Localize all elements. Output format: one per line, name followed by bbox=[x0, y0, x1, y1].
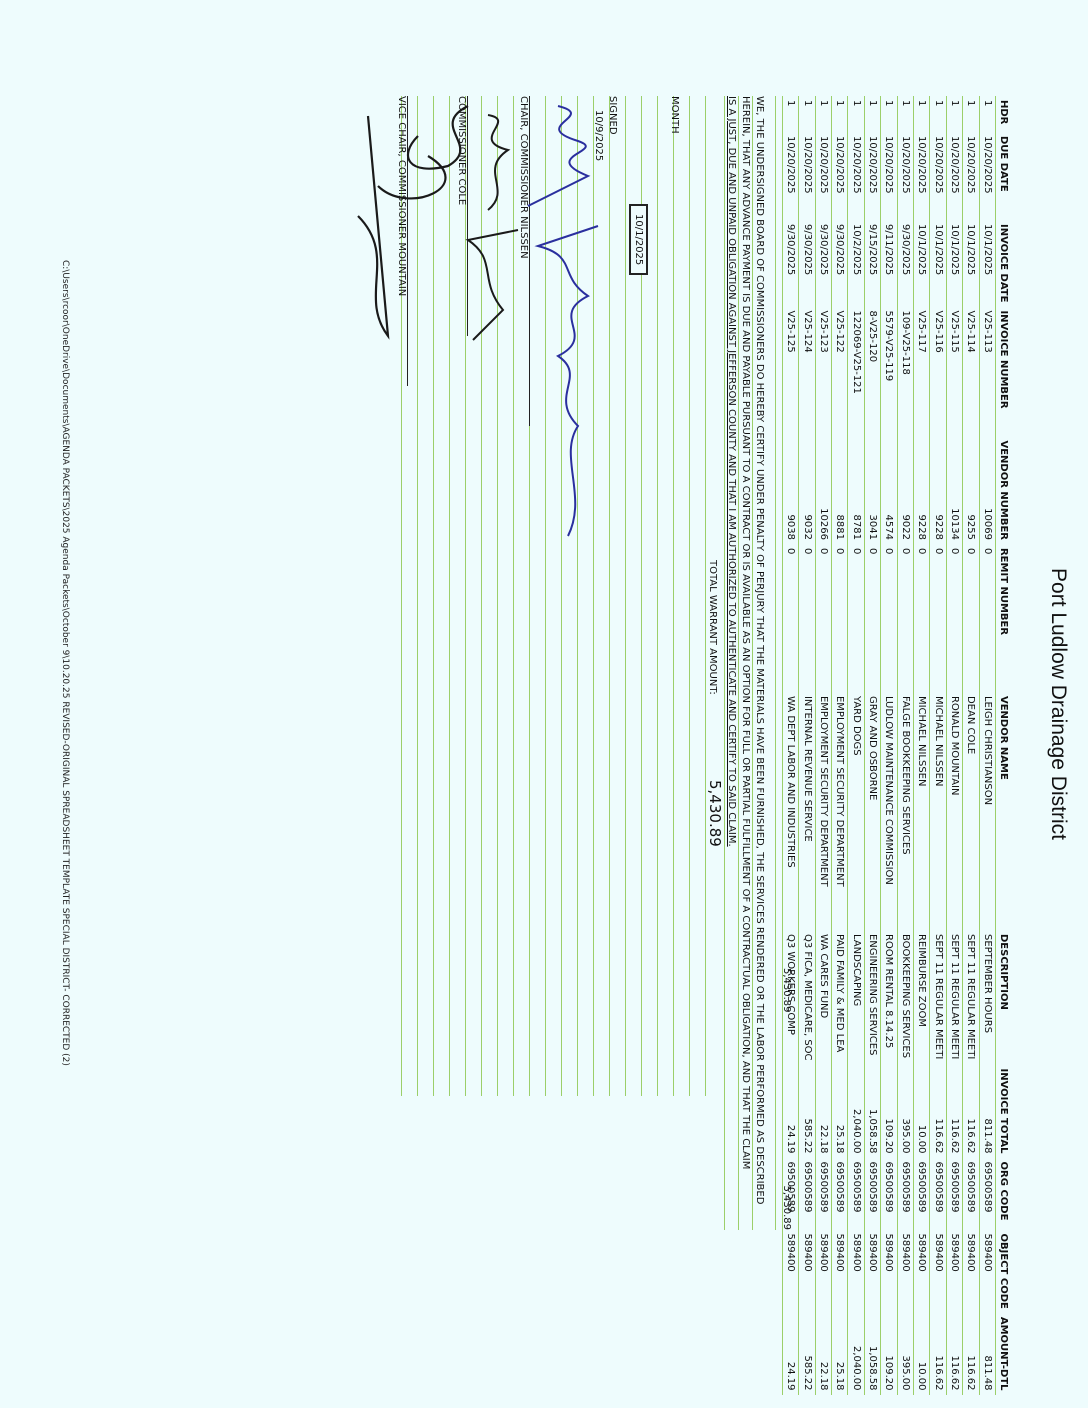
cell-remit: 0 bbox=[832, 544, 848, 692]
month-label: MONTH bbox=[669, 96, 680, 134]
cell-desc: SEPTEMBER HOURS bbox=[979, 930, 995, 1065]
cell-org: 69500589 bbox=[897, 1158, 913, 1230]
cell-vname: EMPLOYMENT SECURITY DEPARTMENT bbox=[832, 692, 848, 930]
cell-desc: Q3 FICA, MEDICARE, SOC bbox=[799, 930, 815, 1065]
cell-inum: V25-123 bbox=[815, 306, 831, 436]
cell-total: 25.18 bbox=[832, 1065, 848, 1158]
table-body: 110/20/202510/1/2025V25-113100690LEIGH C… bbox=[782, 96, 995, 1395]
cell-inum: V25-114 bbox=[963, 306, 979, 436]
cell-vname: LUDLOW MAINTENANCE COMMISSION bbox=[881, 692, 897, 930]
cell-obj: 589400 bbox=[782, 1230, 798, 1313]
cell-amt: 1,058.58 bbox=[864, 1313, 880, 1395]
col-vendor-name: VENDOR NAME bbox=[996, 692, 1013, 930]
cert-line: HEREIN, THAT ANY ADVANCE PAYMENT IS DUE … bbox=[738, 96, 752, 1230]
cell-vname: INTERNAL REVENUE SERVICE bbox=[799, 692, 815, 930]
cell-vname: LEIGH CHRISTIANSON bbox=[979, 692, 995, 930]
cell-total: 22.18 bbox=[815, 1065, 831, 1158]
cell-idate: 9/11/2025 bbox=[881, 220, 897, 306]
cell-total: 116.62 bbox=[946, 1065, 962, 1158]
cell-total: 585.22 bbox=[799, 1065, 815, 1158]
cell-inum: V25-115 bbox=[946, 306, 962, 436]
cell-idate: 9/15/2025 bbox=[864, 220, 880, 306]
cell-org: 69500589 bbox=[930, 1158, 946, 1230]
cell-org: 69500589 bbox=[848, 1158, 864, 1230]
table-row: 110/20/20259/11/20255579-V25-11945740LUD… bbox=[881, 96, 897, 1395]
cell-hdr: 1 bbox=[864, 96, 880, 132]
cell-idate: 10/1/2025 bbox=[963, 220, 979, 306]
cell-vnum: 9032 bbox=[799, 436, 815, 544]
cell-idate: 10/1/2025 bbox=[914, 220, 930, 306]
cell-due: 10/20/2025 bbox=[930, 132, 946, 220]
cell-vname: MICHAEL NILSSEN bbox=[930, 692, 946, 930]
cell-due: 10/20/2025 bbox=[963, 132, 979, 220]
table-row: 110/20/20259/30/2025V25-123102660EMPLOYM… bbox=[815, 96, 831, 1395]
cell-vnum: 3041 bbox=[864, 436, 880, 544]
warrant-amount: 5,430.89 bbox=[706, 780, 724, 847]
cell-inum: 122069-V25-121 bbox=[848, 306, 864, 436]
table-row: 110/20/202510/1/2025V25-11492550DEAN COL… bbox=[963, 96, 979, 1395]
cell-remit: 0 bbox=[963, 544, 979, 692]
cell-remit: 0 bbox=[946, 544, 962, 692]
amount-dtl-sum: 5,430.89 bbox=[781, 1185, 792, 1230]
cell-total: 1,058.58 bbox=[864, 1065, 880, 1158]
signature-mountain bbox=[348, 96, 488, 356]
cell-org: 69500589 bbox=[864, 1158, 880, 1230]
col-vendor-number: VENDOR NUMBER bbox=[996, 436, 1013, 544]
cell-idate: 9/30/2025 bbox=[897, 220, 913, 306]
cell-obj: 589400 bbox=[979, 1230, 995, 1313]
cell-org: 69500589 bbox=[963, 1158, 979, 1230]
cell-obj: 589400 bbox=[881, 1230, 897, 1313]
totals-row: 5,430.89 5,430.89 bbox=[775, 96, 792, 1230]
cell-due: 10/20/2025 bbox=[946, 132, 962, 220]
col-due-date: DUE DATE bbox=[996, 132, 1013, 220]
cell-vnum: 9228 bbox=[930, 436, 946, 544]
cell-desc: ENGINEERING SERVICES bbox=[864, 930, 880, 1065]
table-row: 110/20/202510/1/2025V25-115101340RONALD … bbox=[946, 96, 962, 1395]
col-invoice-total: INVOICE TOTAL bbox=[996, 1065, 1013, 1158]
cell-amt: 2,040.00 bbox=[848, 1313, 864, 1395]
cell-remit: 0 bbox=[815, 544, 831, 692]
cell-due: 10/20/2025 bbox=[881, 132, 897, 220]
cell-due: 10/20/2025 bbox=[815, 132, 831, 220]
cell-inum: 5579-V25-119 bbox=[881, 306, 897, 436]
col-object-code: OBJECT CODE bbox=[996, 1230, 1013, 1313]
col-amount-dtl: AMOUNT-DTL bbox=[996, 1313, 1013, 1395]
cell-vnum: 9022 bbox=[897, 436, 913, 544]
cell-desc: BOOKKEEPING SERVICES bbox=[897, 930, 913, 1065]
cell-inum: V25-122 bbox=[832, 306, 848, 436]
cell-amt: 116.62 bbox=[963, 1313, 979, 1395]
cell-total: 811.48 bbox=[979, 1065, 995, 1158]
cert-line: IS A JUST, DUE AND UNPAID OBLIGATION AGA… bbox=[724, 96, 738, 1230]
col-invoice-number: INVOICE NUMBER bbox=[996, 306, 1013, 436]
cell-vname: EMPLOYMENT SECURITY DEPARTMENT bbox=[815, 692, 831, 930]
cell-inum: 109-V25-118 bbox=[897, 306, 913, 436]
cell-total: 109.20 bbox=[881, 1065, 897, 1158]
cell-due: 10/20/2025 bbox=[848, 132, 864, 220]
cell-due: 10/20/2025 bbox=[914, 132, 930, 220]
cell-total: 2,040.00 bbox=[848, 1065, 864, 1158]
cell-obj: 589400 bbox=[946, 1230, 962, 1313]
cell-org: 69500589 bbox=[979, 1158, 995, 1230]
cell-obj: 589400 bbox=[914, 1230, 930, 1313]
cell-idate: 9/30/2025 bbox=[832, 220, 848, 306]
cell-vnum: 10134 bbox=[946, 436, 962, 544]
cell-remit: 0 bbox=[799, 544, 815, 692]
cell-total: 10.00 bbox=[914, 1065, 930, 1158]
cell-hdr: 1 bbox=[848, 96, 864, 132]
cell-desc: SEPT 11 REGULAR MEETI bbox=[946, 930, 962, 1065]
cell-idate: 10/1/2025 bbox=[946, 220, 962, 306]
cell-due: 10/20/2025 bbox=[799, 132, 815, 220]
table-row: 110/20/20259/15/20258-V25-12030410GRAY A… bbox=[864, 96, 880, 1395]
cell-inum: 8-V25-120 bbox=[864, 306, 880, 436]
cell-vname: RONALD MOUNTAIN bbox=[946, 692, 962, 930]
cell-amt: 395.00 bbox=[897, 1313, 913, 1395]
cell-remit: 0 bbox=[930, 544, 946, 692]
cell-org: 69500589 bbox=[881, 1158, 897, 1230]
cell-org: 69500589 bbox=[799, 1158, 815, 1230]
cell-inum: V25-116 bbox=[930, 306, 946, 436]
table-row: 110/20/20259/30/2025109-V25-11890220FALG… bbox=[897, 96, 913, 1395]
cell-org: 69500589 bbox=[815, 1158, 831, 1230]
cell-remit: 0 bbox=[881, 544, 897, 692]
cell-inum: V25-113 bbox=[979, 306, 995, 436]
cell-obj: 589400 bbox=[848, 1230, 864, 1313]
cell-desc: REIMBURSE ZOOM bbox=[914, 930, 930, 1065]
cell-inum: V25-117 bbox=[914, 306, 930, 436]
cell-desc: SEPT 11 REGULAR MEETI bbox=[963, 930, 979, 1065]
cell-amt: 24.19 bbox=[782, 1313, 798, 1395]
cell-obj: 589400 bbox=[832, 1230, 848, 1313]
cell-inum: V25-124 bbox=[799, 306, 815, 436]
cell-vnum: 9228 bbox=[914, 436, 930, 544]
file-path-footer: C:\Users\rcoor\OneDrive\Documents\AGENDA… bbox=[60, 260, 70, 1066]
cell-org: 69500589 bbox=[914, 1158, 930, 1230]
cell-vnum: 10069 bbox=[979, 436, 995, 544]
cell-obj: 589400 bbox=[897, 1230, 913, 1313]
cell-hdr: 1 bbox=[979, 96, 995, 132]
cell-amt: 116.62 bbox=[930, 1313, 946, 1395]
table-row: 110/20/202510/1/2025V25-11692280MICHAEL … bbox=[930, 96, 946, 1395]
cell-idate: 10/2/2025 bbox=[848, 220, 864, 306]
cell-vnum: 4574 bbox=[881, 436, 897, 544]
cell-hdr: 1 bbox=[832, 96, 848, 132]
col-org-code: ORG CODE bbox=[996, 1158, 1013, 1230]
invoice-total-sum: 5,430.89 bbox=[781, 968, 792, 1013]
cell-remit: 0 bbox=[979, 544, 995, 692]
cell-vnum: 8881 bbox=[832, 436, 848, 544]
cell-org: 69500589 bbox=[832, 1158, 848, 1230]
cell-desc: SEPT 11 REGULAR MEETI bbox=[930, 930, 946, 1065]
cell-org: 69500589 bbox=[946, 1158, 962, 1230]
cell-desc: WA CARES FUND bbox=[815, 930, 831, 1065]
warrant-register-table: HDR DUE DATE INVOICE DATE INVOICE NUMBER… bbox=[782, 96, 1012, 1395]
cell-hdr: 1 bbox=[946, 96, 962, 132]
cell-hdr: 1 bbox=[881, 96, 897, 132]
cell-amt: 116.62 bbox=[946, 1313, 962, 1395]
cell-vname: FALGE BOOKKEEPING SERVICES bbox=[897, 692, 913, 930]
cell-remit: 0 bbox=[864, 544, 880, 692]
col-invoice-date: INVOICE DATE bbox=[996, 220, 1013, 306]
cell-obj: 589400 bbox=[799, 1230, 815, 1313]
document-title: Port Ludlow Drainage District bbox=[1046, 0, 1070, 1408]
cell-due: 10/20/2025 bbox=[979, 132, 995, 220]
cell-obj: 589400 bbox=[930, 1230, 946, 1313]
cell-vnum: 8781 bbox=[848, 436, 864, 544]
cert-line: WE, THE UNDERSIGNED BOARD OF COMMISSIONE… bbox=[752, 96, 766, 1230]
cell-total: 395.00 bbox=[897, 1065, 913, 1158]
cell-obj: 589400 bbox=[864, 1230, 880, 1313]
cell-hdr: 1 bbox=[897, 96, 913, 132]
cell-total: 116.62 bbox=[930, 1065, 946, 1158]
cell-idate: 10/1/2025 bbox=[930, 220, 946, 306]
cell-amt: 25.18 bbox=[832, 1313, 848, 1395]
table-header-row: HDR DUE DATE INVOICE DATE INVOICE NUMBER… bbox=[996, 96, 1013, 1395]
cell-total: 116.62 bbox=[963, 1065, 979, 1158]
cell-remit: 0 bbox=[897, 544, 913, 692]
table-row: 110/20/20259/30/2025V25-12288810EMPLOYME… bbox=[832, 96, 848, 1395]
col-hdr: HDR bbox=[996, 96, 1013, 132]
cell-desc: PAID FAMILY & MED LEA bbox=[832, 930, 848, 1065]
cell-hdr: 1 bbox=[930, 96, 946, 132]
cell-remit: 0 bbox=[848, 544, 864, 692]
cell-desc: LANDSCAPING bbox=[848, 930, 864, 1065]
cell-amt: 585.22 bbox=[799, 1313, 815, 1395]
cell-vname: GRAY AND OSBORNE bbox=[864, 692, 880, 930]
cell-idate: 10/1/2025 bbox=[979, 220, 995, 306]
table-row: 110/20/202510/2/2025122069-V25-12187810Y… bbox=[848, 96, 864, 1395]
cell-due: 10/20/2025 bbox=[897, 132, 913, 220]
rotated-page: Port Ludlow Drainage District HDR DUE DA… bbox=[0, 0, 1088, 1408]
cell-hdr: 1 bbox=[799, 96, 815, 132]
cell-hdr: 1 bbox=[963, 96, 979, 132]
cell-due: 10/20/2025 bbox=[864, 132, 880, 220]
table-row: 110/20/202510/1/2025V25-11792280MICHAEL … bbox=[914, 96, 930, 1395]
cell-idate: 9/30/2025 bbox=[815, 220, 831, 306]
cell-amt: 811.48 bbox=[979, 1313, 995, 1395]
cell-idate: 9/30/2025 bbox=[799, 220, 815, 306]
cell-remit: 0 bbox=[914, 544, 930, 692]
cell-obj: 589400 bbox=[963, 1230, 979, 1313]
cell-amt: 109.20 bbox=[881, 1313, 897, 1395]
cell-hdr: 1 bbox=[815, 96, 831, 132]
cell-vname: MICHAEL NILSSEN bbox=[914, 692, 930, 930]
warrant-label: TOTAL WARRANT AMOUNT: bbox=[707, 560, 718, 695]
cell-due: 10/20/2025 bbox=[832, 132, 848, 220]
cell-amt: 10.00 bbox=[914, 1313, 930, 1395]
cell-desc: ROOM RENTAL 8.14.25 bbox=[881, 930, 897, 1065]
table-row: 110/20/202510/1/2025V25-113100690LEIGH C… bbox=[979, 96, 995, 1395]
cell-vname: YARD DOGS bbox=[848, 692, 864, 930]
col-remit-number: REMIT NUMBER bbox=[996, 544, 1013, 692]
cell-vname: DEAN COLE bbox=[963, 692, 979, 930]
cell-amt: 22.18 bbox=[815, 1313, 831, 1395]
cell-obj: 589400 bbox=[815, 1230, 831, 1313]
certification-text: WE, THE UNDERSIGNED BOARD OF COMMISSIONE… bbox=[724, 96, 766, 1230]
cell-hdr: 1 bbox=[914, 96, 930, 132]
col-description: DESCRIPTION bbox=[996, 930, 1013, 1065]
month-value-box: 10/1/2025 bbox=[629, 204, 648, 275]
cell-vnum: 10266 bbox=[815, 436, 831, 544]
cell-vnum: 9255 bbox=[963, 436, 979, 544]
table-row: 110/20/20259/30/2025V25-12490320INTERNAL… bbox=[799, 96, 815, 1395]
